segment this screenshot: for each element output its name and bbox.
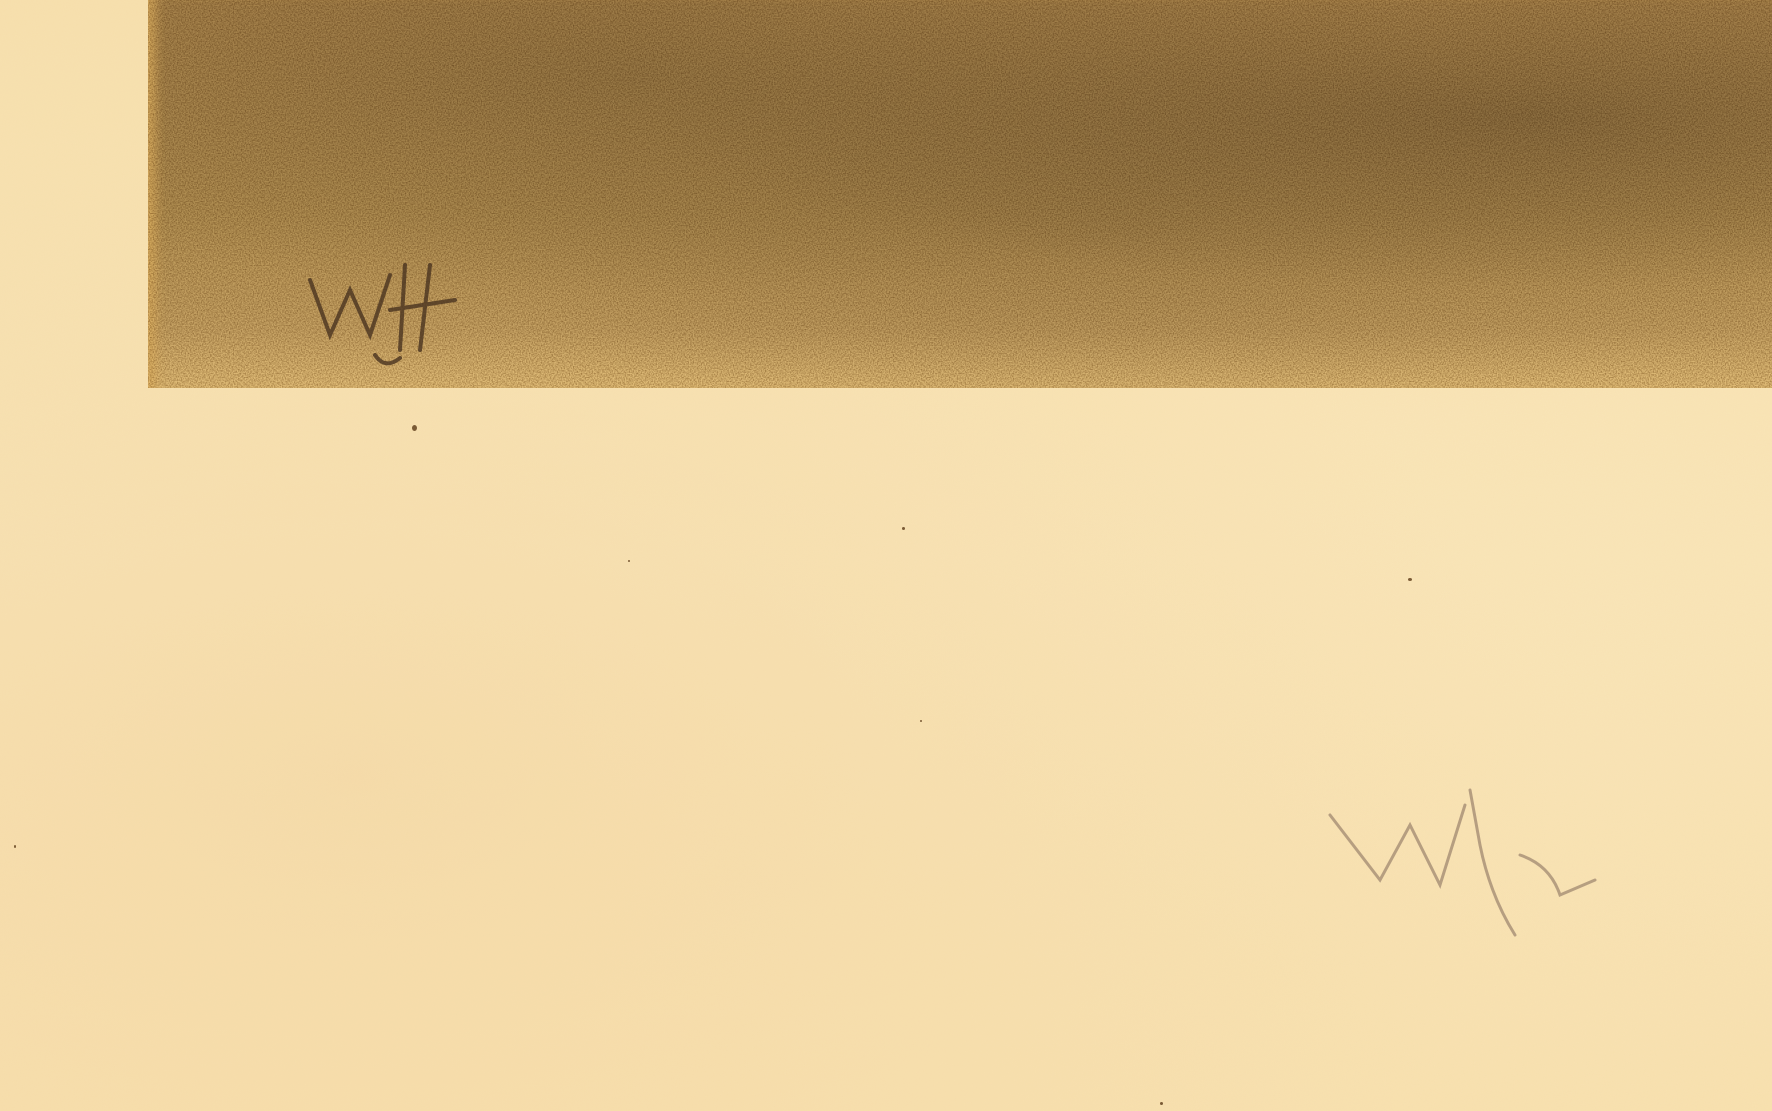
paper-speck [1408, 578, 1412, 581]
paper-speck [920, 720, 922, 722]
pencil-signature-icon [1320, 785, 1650, 955]
paper-speck [628, 560, 630, 562]
paper-sheet: Close-up scan of the lower-left corner o… [0, 0, 1772, 1111]
paper-speck [902, 527, 905, 530]
paper-speck [1160, 1102, 1163, 1105]
paper-speck [14, 845, 16, 848]
plate-monogram-icon [290, 240, 510, 380]
paper-speck [412, 425, 417, 431]
